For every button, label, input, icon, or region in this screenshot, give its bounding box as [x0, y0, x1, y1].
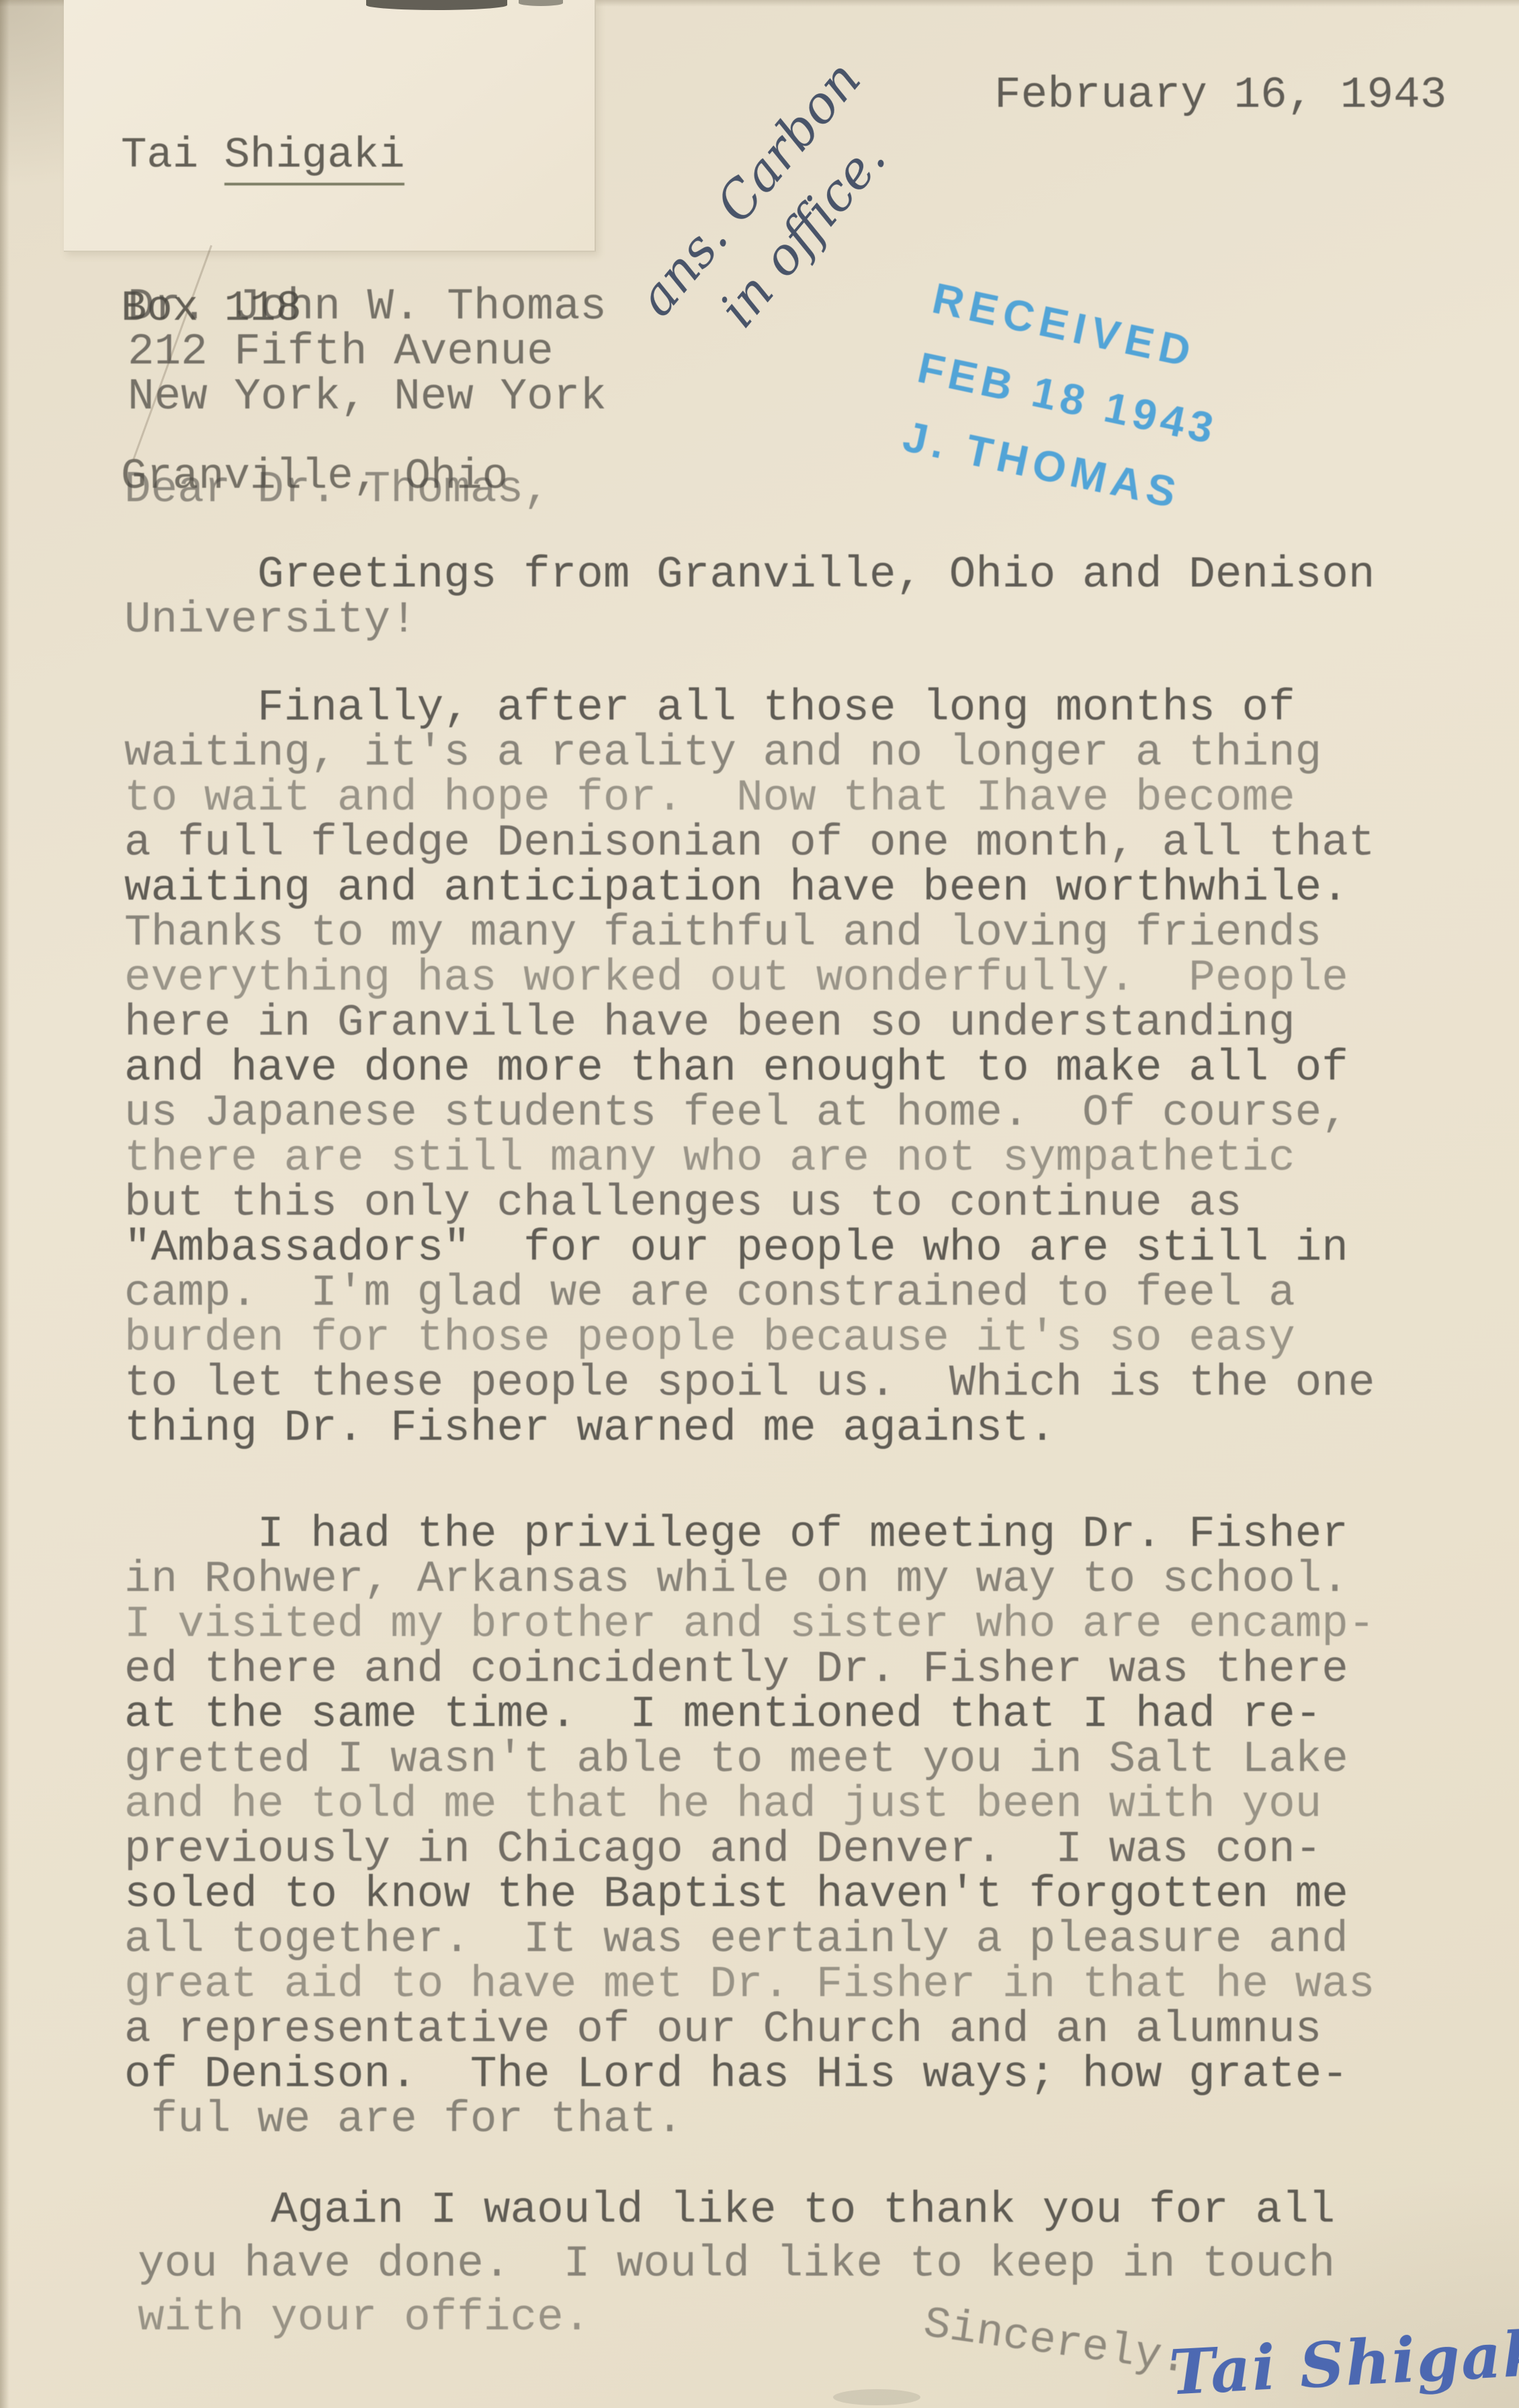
text-line: at the same time. I mentioned that I had…: [124, 1692, 1375, 1737]
text-line: a representative of our Church and an al…: [124, 2007, 1375, 2052]
text-line: here in Granville have been so understan…: [124, 1000, 1375, 1045]
text-line: I had the privilege of meeting Dr. Fishe…: [124, 1512, 1375, 1557]
text-line: you have done. I would like to keep in t…: [138, 2237, 1335, 2291]
text-line: waiting and anticipation have been worth…: [124, 865, 1375, 910]
text-line: "Ambassadors" for our people who are sti…: [124, 1225, 1375, 1271]
text-line: 212 Fifth Avenue: [128, 329, 607, 374]
text-line: gretted I wasn't able to meet you in Sal…: [124, 1737, 1375, 1782]
text-line: to wait and hope for. Now that Ihave bec…: [124, 775, 1375, 820]
paragraph-dr-fisher: I had the privilege of meeting Dr. Fishe…: [124, 1512, 1375, 2142]
text-line: previously in Chicago and Denver. I was …: [124, 1827, 1375, 1872]
text-line: Greetings from Granville, Ohio and Denis…: [124, 552, 1375, 597]
text-line: Dr. John W. Thomas: [128, 284, 607, 329]
letter-page: Tai Shigaki Box 118 Granville, Ohio Febr…: [0, 0, 1519, 2408]
sender-first-name: Tai: [121, 132, 224, 180]
text-line: great aid to have met Dr. Fisher in that…: [124, 1962, 1375, 2007]
paragraph-greeting: Greetings from Granville, Ohio and Denis…: [124, 552, 1375, 642]
sender-last-name: Shigaki: [224, 132, 405, 185]
scan-edge-shadow: [0, 0, 9, 2408]
text-line: and have done more than enought to make …: [124, 1045, 1375, 1090]
text-line: burden for those people because it's so …: [124, 1316, 1375, 1361]
text-line: to let these people spoil us. Which is t…: [124, 1361, 1375, 1406]
text-line: in Rohwer, Arkansas while on my way to s…: [124, 1557, 1375, 1602]
text-line: New York, New York: [128, 374, 607, 419]
text-line: University!: [124, 597, 1375, 642]
received-stamp: RECEIVED FEB 18 1943 J. THOMAS: [897, 263, 1240, 534]
handwritten-annotation: ans. Carbon in office.: [601, 22, 950, 400]
recipient-address-block: Dr. John W. Thomas212 Fifth AvenueNew Yo…: [128, 284, 607, 419]
text-line: Finally, after all those long months of: [124, 685, 1375, 730]
text-line: ful we are for that.: [124, 2097, 1375, 2142]
text-line: of Denison. The Lord has His ways; how g…: [124, 2052, 1375, 2097]
text-line: and he told me that he had just been wit…: [124, 1782, 1375, 1827]
text-line: all together. It was eertainly a pleasur…: [124, 1917, 1375, 1962]
text-line: thing Dr. Fisher warned me against.: [124, 1406, 1375, 1451]
paragraph-arrival: Finally, after all those long months ofw…: [124, 685, 1375, 1451]
pencil-blot: [833, 2389, 920, 2405]
ink-smudge-small: [519, 0, 563, 6]
text-line: soled to know the Baptist haven't forgot…: [124, 1872, 1375, 1917]
text-line: us Japanese students feel at home. Of co…: [124, 1090, 1375, 1135]
paragraph-thanks: Again I waould like to thank you for all…: [138, 2184, 1335, 2345]
sender-note: Tai Shigaki Box 118 Granville, Ohio: [64, 0, 596, 252]
salutation: Dear Dr. Thomas,: [124, 467, 550, 512]
text-line: camp. I'm glad we are constrained to fee…: [124, 1271, 1375, 1316]
text-line: everything has worked out wonderfully. P…: [124, 955, 1375, 1000]
text-line: but this only challenges us to continue …: [124, 1180, 1375, 1225]
text-line: waiting, it's a reality and no longer a …: [124, 730, 1375, 775]
ink-smudge: [366, 0, 507, 10]
text-line: Again I waould like to thank you for all: [138, 2184, 1335, 2237]
text-line: I visited my brother and sister who are …: [124, 1602, 1375, 1647]
text-line: there are still many who are not sympath…: [124, 1135, 1375, 1180]
text-line: ed there and coincidently Dr. Fisher was…: [124, 1647, 1375, 1692]
sender-name: Tai Shigaki: [121, 130, 508, 181]
text-line: a full fledge Denisonian of one month, a…: [124, 820, 1375, 865]
text-line: Thanks to my many faithful and loving fr…: [124, 910, 1375, 955]
letter-date: February 16, 1943: [994, 73, 1446, 118]
